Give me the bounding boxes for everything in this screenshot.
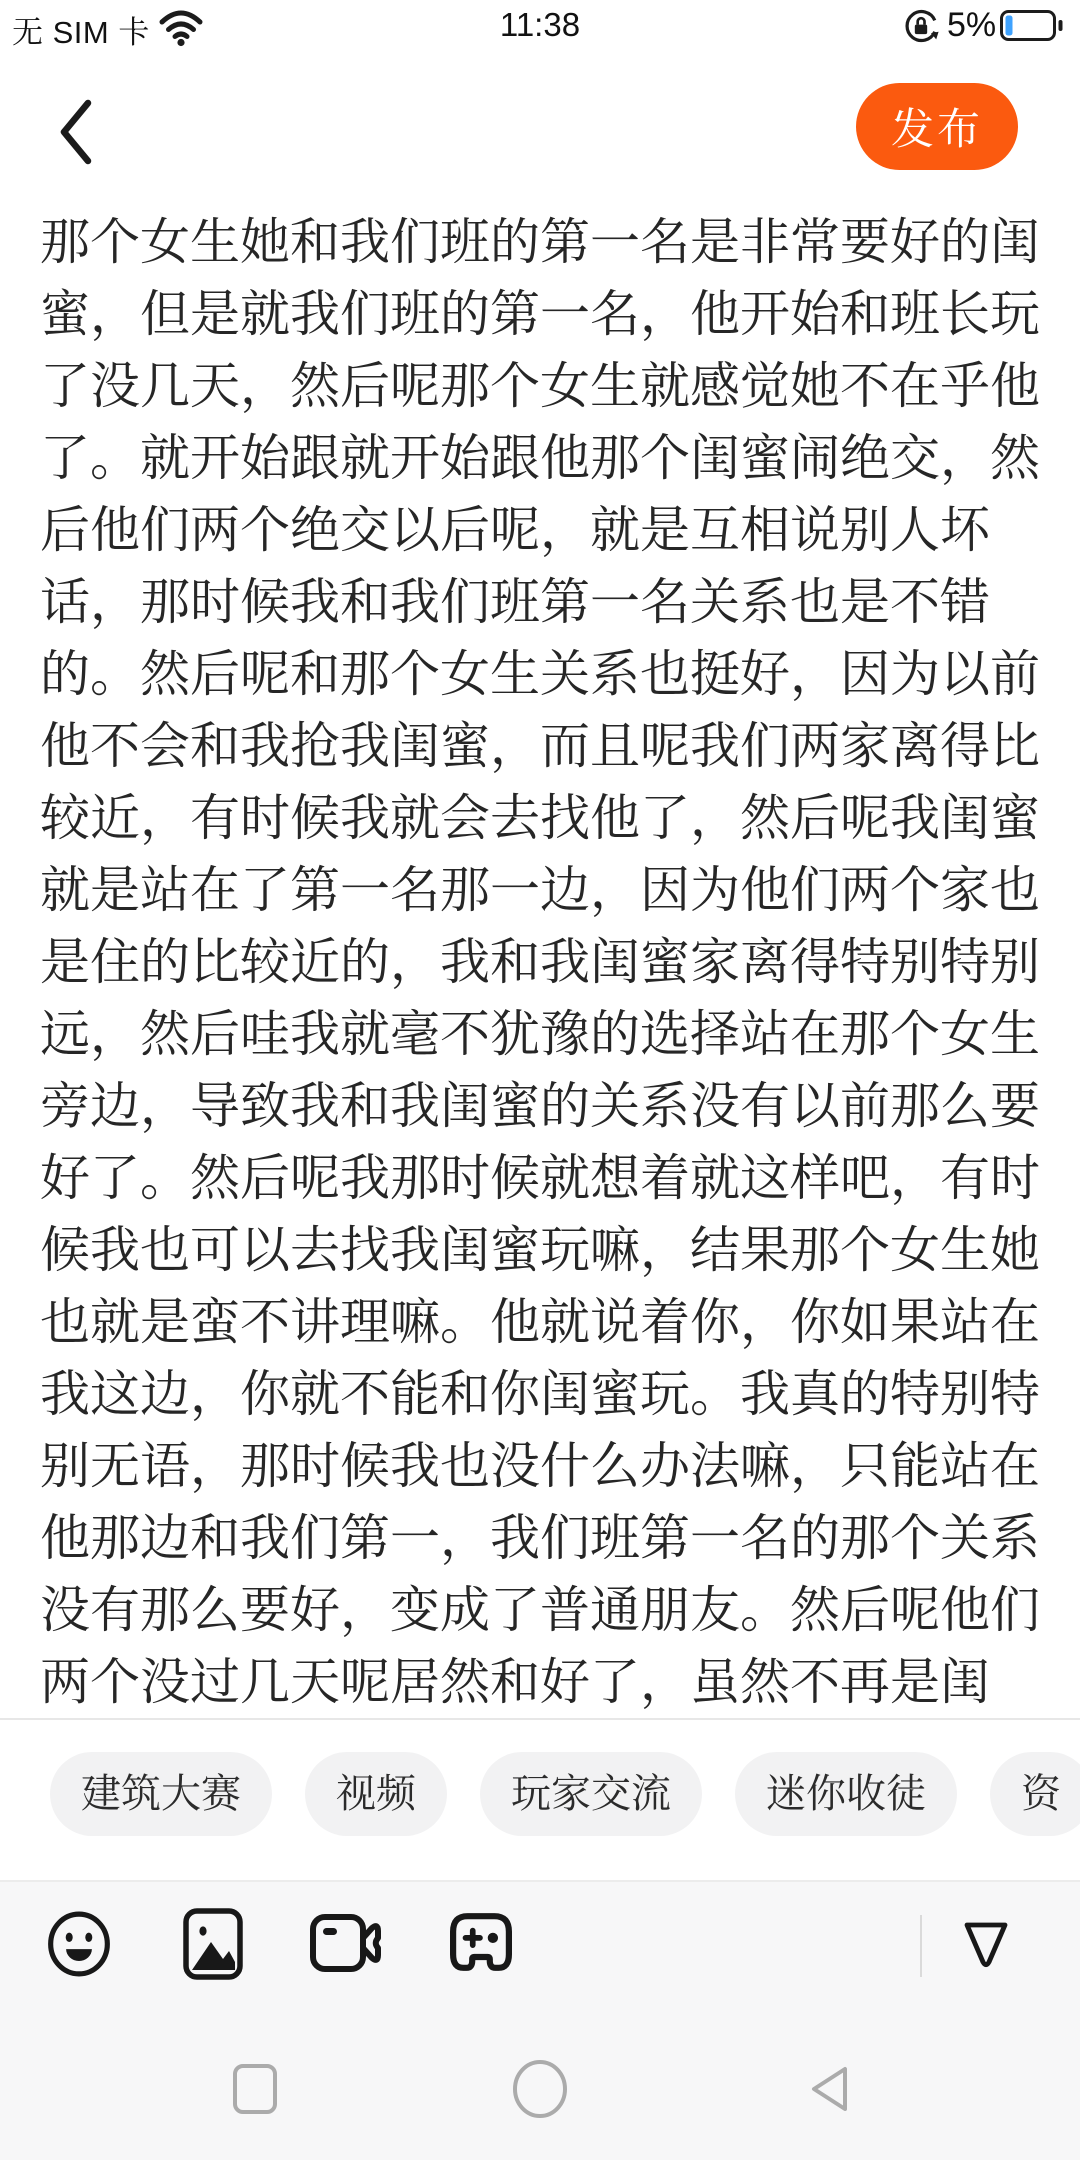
- toolbar-divider: [920, 1915, 922, 1977]
- back-triangle-icon: [805, 2062, 853, 2116]
- chevron-left-icon: [57, 98, 95, 166]
- emoji-icon: [45, 1910, 113, 1978]
- game-controller-icon: [446, 1911, 516, 1973]
- editor-text-line: 我这边，你就不能和你闺蜜玩。我真的特别特: [40, 1358, 1042, 1430]
- back-nav-button[interactable]: [802, 2060, 856, 2118]
- editor-text-line: 也就是蛮不讲理嘛。他就说着你，你如果站在: [40, 1286, 1042, 1358]
- editor-text-line: 的。然后呢和那个女生关系也挺好，因为以前: [40, 638, 1042, 710]
- editor-text-line: 旁边，导致我和我闺蜜的关系没有以前那么要: [40, 1070, 1042, 1142]
- home-button[interactable]: [510, 2058, 570, 2120]
- editor-text-line: 了没几天，然后呢那个女生就感觉她不在乎他: [40, 350, 1042, 422]
- editor-text-line: 话，那时候我和我们班第一名关系也是不错: [40, 566, 1042, 638]
- editor-text-line: 别无语，那时候我也没什么办法嘛，只能站在: [40, 1430, 1042, 1502]
- video-icon: [309, 1911, 385, 1975]
- tag-chip[interactable]: 建筑大赛: [50, 1752, 272, 1836]
- editor-text-line: 远，然后哇我就毫不犹豫的选择站在那个女生: [40, 998, 1042, 1070]
- editor-text-line: 那个女生她和我们班的第一名是非常要好的闺: [40, 206, 1042, 278]
- wifi-icon: [158, 7, 204, 47]
- publish-button[interactable]: 发布: [856, 83, 1018, 170]
- bottom-panel: [0, 1880, 1080, 2160]
- image-icon: [182, 1907, 244, 1981]
- editor-text-line: 后他们两个绝交以后呢，就是互相说别人坏: [40, 494, 1042, 566]
- content-divider: [0, 1718, 1080, 1720]
- editor-text-line: 没有那么要好，变成了普通朋友。然后呢他们: [40, 1574, 1042, 1646]
- tag-chip[interactable]: 资: [990, 1752, 1080, 1836]
- editor-text-line: 蜜，但是就我们班的第一名，他开始和班长玩: [40, 278, 1042, 350]
- tag-bar: 建筑大赛视频玩家交流迷你收徒资: [50, 1752, 1080, 1836]
- home-circle-icon: [511, 2059, 569, 2119]
- editor-text-line: 他不会和我抢我闺蜜，而且呢我们两家离得比: [40, 710, 1042, 782]
- publish-button-label: 发布: [891, 96, 983, 157]
- carrier-label: 无 SIM 卡: [12, 7, 150, 52]
- editor-text-line: 两个没过几天呢居然和好了，虽然不再是闺: [40, 1646, 1042, 1718]
- editor-text-line: 候我也可以去找我闺蜜玩嘛，结果那个女生她: [40, 1214, 1042, 1286]
- image-button[interactable]: [180, 1907, 246, 1981]
- back-button[interactable]: [50, 94, 102, 170]
- clock-label: 11:38: [500, 6, 580, 44]
- editor-text-line: 了。就开始跟就开始跟他那个闺蜜闹绝交，然: [40, 422, 1042, 494]
- tag-chip[interactable]: 玩家交流: [480, 1752, 702, 1836]
- tag-chip[interactable]: 迷你收徒: [735, 1752, 957, 1836]
- recents-button[interactable]: [228, 2060, 282, 2118]
- post-editor[interactable]: 那个女生她和我们班的第一名是非常要好的闺蜜，但是就我们班的第一名，他开始和班长玩…: [40, 206, 1042, 1718]
- battery-percent-label: 5%: [947, 6, 996, 45]
- recents-square-icon: [232, 2063, 278, 2115]
- video-button[interactable]: [308, 1910, 386, 1976]
- battery-icon: [1000, 10, 1063, 41]
- status-bar: 无 SIM 卡 11:38 5%: [0, 0, 1080, 52]
- editor-text-line: 较近，有时候我就会去找他了，然后呢我闺蜜: [40, 782, 1042, 854]
- editor-text-line: 就是站在了第一名那一边，因为他们两个家也: [40, 854, 1042, 926]
- collapse-keyboard-button[interactable]: [958, 1916, 1014, 1972]
- game-button[interactable]: [445, 1910, 517, 1974]
- editor-text-line: 他那边和我们第一，我们班第一名的那个关系: [40, 1502, 1042, 1574]
- editor-text-line: 是住的比较近的，我和我闺蜜家离得特别特别: [40, 926, 1042, 998]
- rotation-lock-icon: [902, 8, 940, 46]
- triangle-down-icon: [959, 1918, 1013, 1970]
- editor-text-line: 好了。然后呢我那时候就想着就这样吧，有时: [40, 1142, 1042, 1214]
- tag-chip[interactable]: 视频: [305, 1752, 447, 1836]
- emoji-button[interactable]: [44, 1909, 114, 1979]
- battery-fill: [1006, 16, 1013, 36]
